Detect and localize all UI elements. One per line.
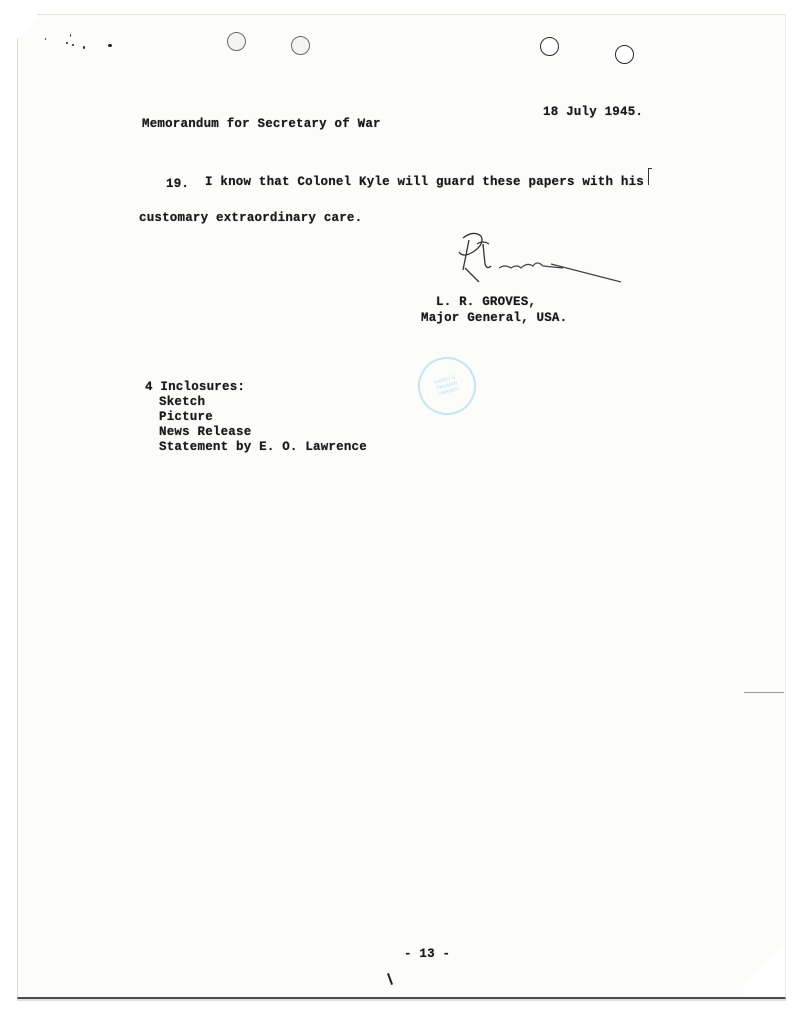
enclosures-heading: 4 Inclosures: — [145, 380, 245, 394]
body-line-2: customary extraordinary care. — [139, 211, 362, 225]
signer-title: Major General, USA. — [421, 311, 567, 325]
page-corner-fold — [17, 14, 37, 44]
stamp-text: HARRY S. TRUMAN LIBRARY — [428, 373, 466, 399]
page-number: - 13 - — [404, 947, 450, 961]
enclosure-item: Statement by E. O. Lawrence — [159, 440, 367, 454]
signer-name: L. R. GROVES, — [436, 295, 536, 309]
page-corner-fold — [744, 936, 784, 996]
document-page — [17, 14, 786, 999]
ink-speck — [45, 38, 46, 40]
enclosure-item: News Release — [159, 425, 251, 439]
punch-hole — [615, 45, 634, 64]
ink-speck — [66, 42, 68, 44]
memo-date: 18 July 1945. — [543, 105, 643, 119]
page-crease — [744, 692, 784, 693]
margin-bracket — [648, 168, 652, 185]
punch-hole — [540, 37, 559, 56]
enclosure-item: Picture — [159, 410, 213, 424]
body-line-1: I know that Colonel Kyle will guard thes… — [205, 175, 644, 189]
punch-hole — [227, 32, 246, 51]
paragraph-number: 19. — [166, 177, 189, 191]
memo-addressee: Memorandum for Secretary of War — [142, 117, 381, 131]
ink-speck — [108, 44, 112, 47]
ink-speck — [70, 34, 71, 37]
enclosure-item: Sketch — [159, 395, 205, 409]
ink-speck — [83, 46, 85, 49]
ink-speck — [72, 44, 74, 46]
handwritten-signature — [433, 230, 633, 290]
punch-hole — [291, 36, 310, 55]
